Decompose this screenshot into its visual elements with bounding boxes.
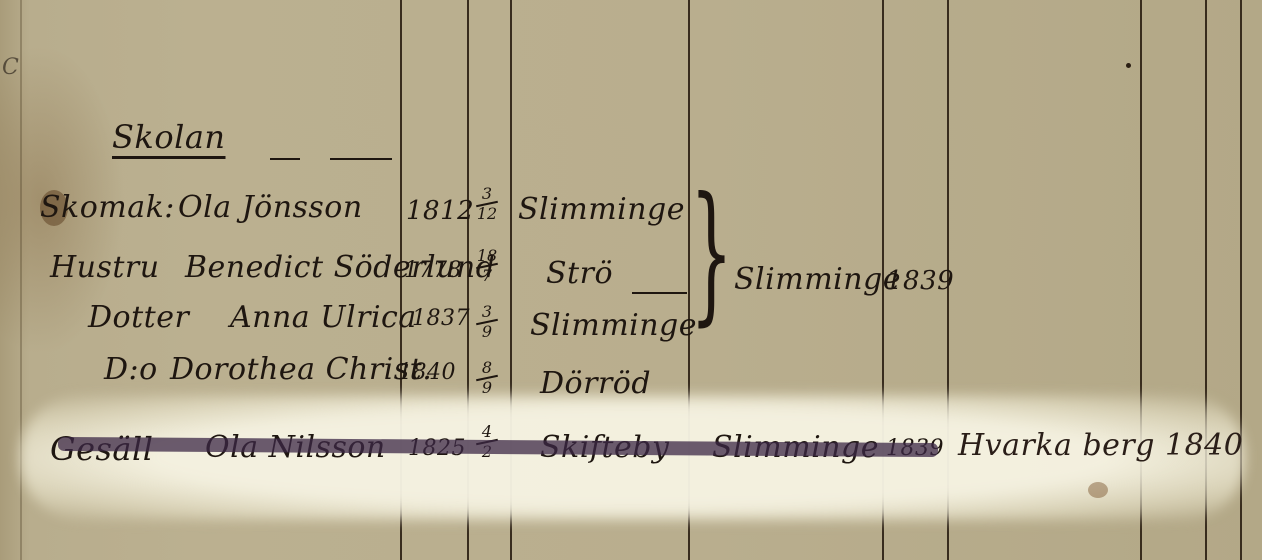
section-heading: Skolan: [112, 118, 226, 156]
entry-birth-date: 8 9: [476, 360, 498, 396]
entry-birthplace: Strö: [546, 256, 613, 291]
entry-birth-year: 1837: [412, 306, 470, 331]
entry-title: Skomak:: [40, 190, 175, 225]
register-page: C Skolan Skomak: Ola Jönsson 1812 3 12 S…: [0, 0, 1262, 560]
entry-birth-year: 1812: [406, 196, 474, 226]
entry-birth-date: 3 12: [476, 186, 498, 222]
bracket-note-year: 1839: [886, 266, 954, 296]
ink-speck: [1126, 63, 1131, 68]
entry-birth-year: 1840: [398, 360, 456, 385]
margin-mark: C: [2, 55, 19, 80]
bracket-note-place: Slimminge: [734, 262, 901, 297]
entry-title: Hustru: [50, 250, 160, 285]
entry-birthplace: Dörröd: [540, 366, 651, 401]
grouping-brace: }: [690, 178, 733, 328]
entry-title: D:o: [104, 352, 158, 387]
entry-name: Ola Jönsson: [178, 190, 363, 225]
entry-birth-date: 18 7: [476, 248, 498, 284]
entry-birth-year: 1778: [404, 258, 462, 283]
entry-moved-to: Hvarka berg 1840: [958, 428, 1243, 463]
heading-flourish: [330, 158, 392, 160]
connector-line: [632, 292, 687, 294]
entry-birthplace: Slimminge: [518, 192, 685, 227]
entry-birthplace: Slimminge: [530, 308, 697, 343]
entry-birth-date: 3 9: [476, 304, 498, 340]
entry-title: Dotter: [88, 300, 189, 335]
entry-name: Anna Ulrica: [230, 300, 417, 335]
heading-flourish: [270, 158, 300, 160]
ink-stain: [1088, 482, 1108, 498]
entry-name: Dorothea Christ.: [170, 352, 432, 387]
